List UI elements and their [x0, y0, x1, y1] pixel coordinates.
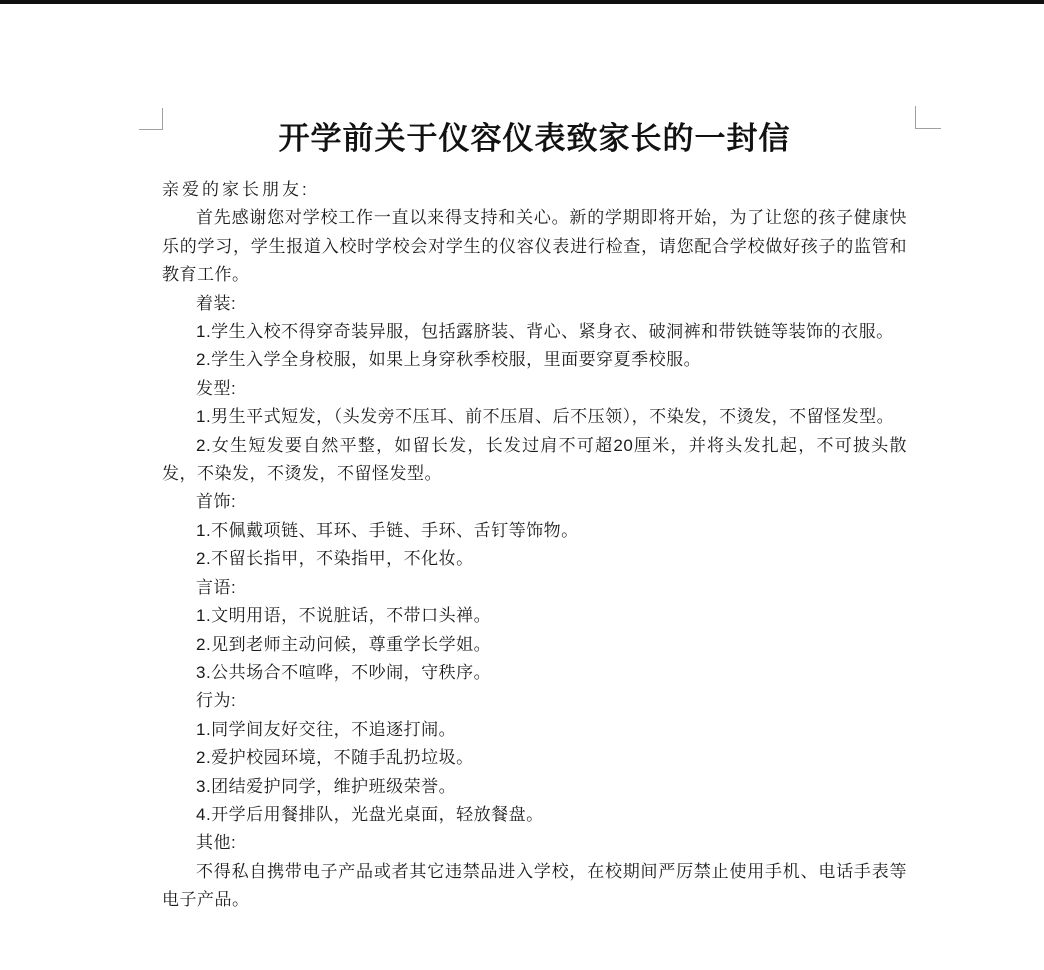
list-item: 1.男生平式短发，（头发旁不压耳、前不压眉、后不压领），不染发，不烫发，不留怪发…	[162, 403, 907, 431]
salutation: 亲爱的家长朋友:	[162, 176, 907, 204]
document-content: 开学前关于仪容仪表致家长的一封信 亲爱的家长朋友: 首先感谢您对学校工作一直以来…	[162, 116, 907, 915]
document-page: 开学前关于仪容仪表致家长的一封信 亲爱的家长朋友: 首先感谢您对学校工作一直以来…	[0, 0, 1044, 970]
section-heading-speech: 言语:	[162, 574, 907, 602]
section-heading-hairstyle: 发型:	[162, 375, 907, 403]
closing-paragraph: 不得私自携带电子产品或者其它违禁品进入学校，在校期间严厉禁止使用手机、电话手表等…	[162, 858, 907, 915]
list-item: 1.同学间友好交往，不追逐打闹。	[162, 716, 907, 744]
list-item: 1.文明用语，不说脏话，不带口头禅。	[162, 602, 907, 630]
document-title: 开学前关于仪容仪表致家长的一封信	[162, 116, 907, 162]
margin-mark-top-left	[139, 108, 163, 130]
list-item: 2.不留长指甲，不染指甲，不化妆。	[162, 545, 907, 573]
section-heading-other: 其他:	[162, 829, 907, 857]
margin-mark-top-right	[915, 106, 941, 129]
list-item: 3.公共场合不喧哗，不吵闹，守秩序。	[162, 659, 907, 687]
list-item: 2.女生短发要自然平整，如留长发，长发过肩不可超20厘米，并将头发扎起，不可披头…	[162, 432, 907, 489]
list-item: 2.见到老师主动问候，尊重学长学姐。	[162, 631, 907, 659]
section-heading-behavior: 行为:	[162, 687, 907, 715]
list-item: 3.团结爱护同学，维护班级荣誉。	[162, 773, 907, 801]
top-border	[0, 0, 1044, 4]
list-item: 1.不佩戴项链、耳环、手链、手环、舌钉等饰物。	[162, 517, 907, 545]
section-heading-attire: 着装:	[162, 290, 907, 318]
list-item: 2.爱护校园环境，不随手乱扔垃圾。	[162, 744, 907, 772]
intro-paragraph: 首先感谢您对学校工作一直以来得支持和关心。新的学期即将开始，为了让您的孩子健康快…	[162, 204, 907, 289]
section-heading-jewelry: 首饰:	[162, 488, 907, 516]
list-item: 2.学生入学全身校服，如果上身穿秋季校服，里面要穿夏季校服。	[162, 346, 907, 374]
list-item: 1.学生入校不得穿奇装异服，包括露脐装、背心、紧身衣、破洞裤和带铁链等装饰的衣服…	[162, 318, 907, 346]
list-item: 4.开学后用餐排队，光盘光桌面，轻放餐盘。	[162, 801, 907, 829]
